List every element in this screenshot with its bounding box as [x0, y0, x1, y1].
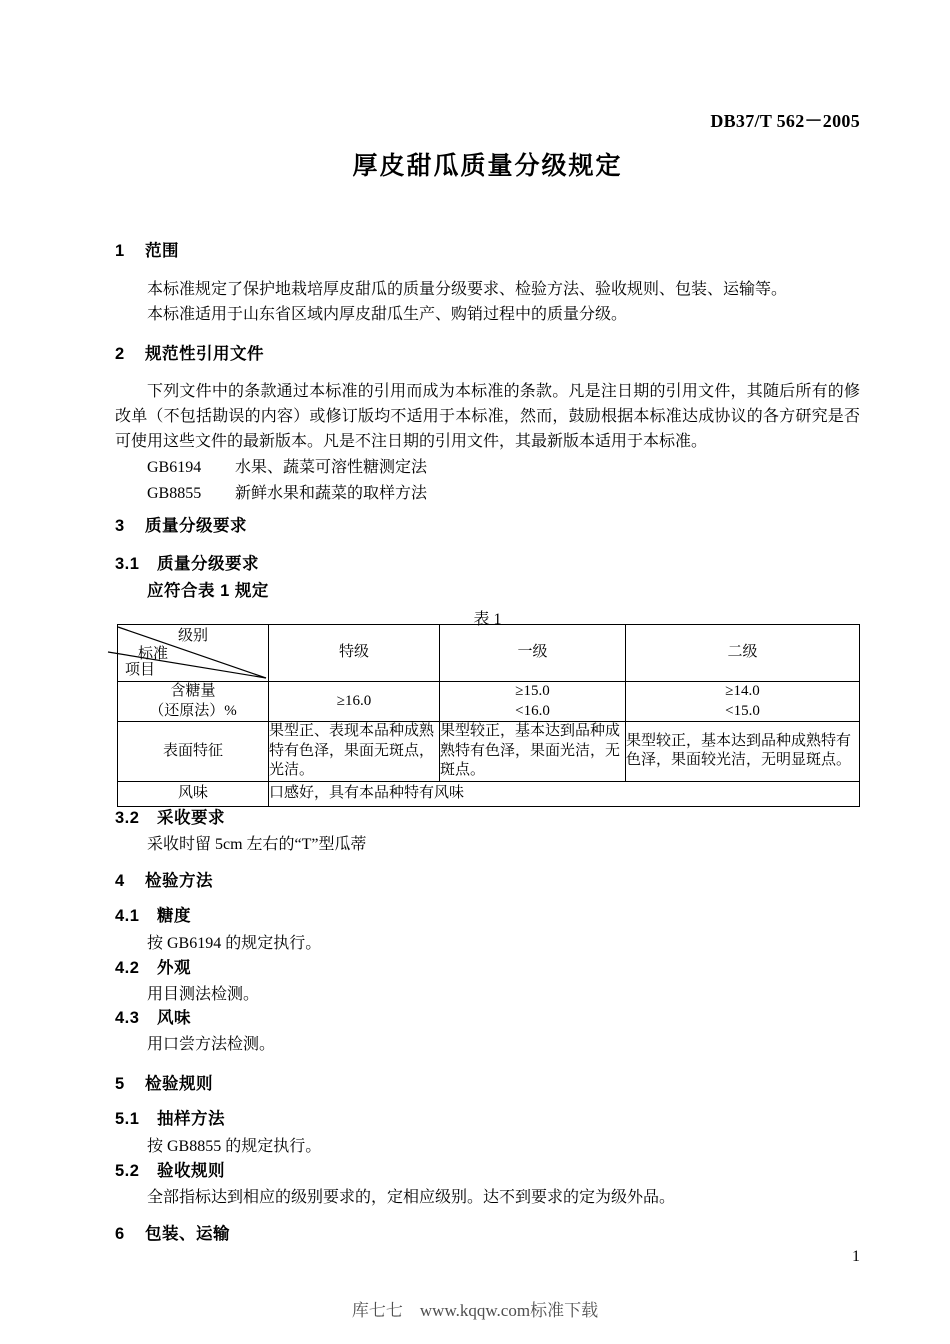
- value-line: ≥15.0: [440, 682, 625, 702]
- section-title: 质量分级要求: [145, 517, 247, 535]
- section-number: 4: [115, 870, 145, 892]
- section-4-2-body: 用目测法检测。: [115, 982, 860, 1007]
- section-3-heading: 3质量分级要求: [115, 515, 860, 537]
- section-title: 包装、运输: [145, 1225, 230, 1243]
- section-number: 3.1: [115, 553, 157, 575]
- section-number: 2: [115, 343, 145, 365]
- section-number: 3: [115, 515, 145, 537]
- paragraph: 用目测法检测。: [115, 982, 860, 1007]
- row-label-flavor: 风味: [118, 781, 269, 806]
- reference-code: GB8855: [147, 481, 235, 507]
- sugar-content-row: 含糖量 （还原法）% ≥16.0 ≥15.0 <16.0 ≥14.0 <15.0: [118, 682, 860, 722]
- flavor-row: 风味 口感好，具有本品种特有风味: [118, 781, 860, 806]
- value-line: <15.0: [626, 702, 859, 722]
- section-5-2-body: 全部指标达到相应的级别要求的，定相应级别。达不到要求的定为级外品。: [115, 1185, 860, 1210]
- section-title: 质量分级要求: [157, 555, 259, 573]
- section-number: 1: [115, 240, 145, 262]
- paragraph: 下列文件中的条款通过本标准的引用而成为本标准的条款。凡是注日期的引用文件，其随后…: [115, 379, 860, 455]
- table-header-row: 级别 标准 项目 特级 一级 二级: [118, 625, 860, 682]
- section-2-heading: 2规范性引用文件: [115, 343, 860, 365]
- paragraph: 本标准适用于山东省区域内厚皮甜瓜生产、购销过程中的质量分级。: [115, 302, 860, 327]
- section-number: 4.3: [115, 1007, 157, 1029]
- section-2-body: 下列文件中的条款通过本标准的引用而成为本标准的条款。凡是注日期的引用文件，其随后…: [115, 379, 860, 455]
- section-title: 规范性引用文件: [145, 345, 264, 363]
- section-number: 5: [115, 1073, 145, 1095]
- section-4-heading: 4检验方法: [115, 870, 860, 892]
- surface-first-desc: 果型较正，基本达到品种成熟特有色泽，果面光洁，无斑点。: [440, 722, 626, 782]
- section-title: 风味: [157, 1009, 191, 1027]
- normative-references: GB6194水果、蔬菜可溶性糖测定法 GB8855新鲜水果和蔬菜的取样方法: [147, 455, 427, 506]
- corner-label-grade: 级别: [118, 627, 268, 647]
- reference-name: 新鲜水果和蔬菜的取样方法: [235, 485, 427, 502]
- section-number: 4.1: [115, 905, 157, 927]
- section-title: 抽样方法: [157, 1110, 225, 1128]
- paragraph: 采收时留 5cm 左右的“T”型瓜蒂: [115, 832, 860, 857]
- corner-label-item: 项目: [125, 661, 155, 681]
- reference-name: 水果、蔬菜可溶性糖测定法: [235, 459, 427, 476]
- section-number: 4.2: [115, 957, 157, 979]
- section-title: 检验规则: [145, 1075, 213, 1093]
- section-number: 6: [115, 1223, 145, 1245]
- table-requirement-note: 应符合表 1 规定: [147, 580, 269, 602]
- paragraph: 用口尝方法检测。: [115, 1032, 860, 1057]
- diagonal-corner-cell: 级别 标准 项目: [118, 625, 269, 682]
- paragraph: 按 GB8855 的规定执行。: [115, 1134, 860, 1159]
- sugar-special-value: ≥16.0: [269, 682, 440, 722]
- section-title: 外观: [157, 959, 191, 977]
- section-3-1-heading: 3.1质量分级要求: [115, 553, 860, 575]
- paragraph: 本标准规定了保护地栽培厚皮甜瓜的质量分级要求、检验方法、验收规则、包装、运输等。: [115, 277, 860, 302]
- grade-table: 级别 标准 项目 特级 一级 二级 含糖量 （还原法）% ≥16.0 ≥15.0…: [117, 624, 860, 807]
- standard-code: DB37/T 562－2005: [115, 107, 860, 133]
- surface-special-desc: 果型正、表现本品种成熟特有色泽，果面无斑点，光洁。: [269, 722, 440, 782]
- section-title: 验收规则: [157, 1162, 225, 1180]
- column-header-first: 一级: [440, 625, 626, 682]
- section-title: 范围: [145, 242, 179, 260]
- sugar-second-value: ≥14.0 <15.0: [626, 682, 860, 722]
- row-label-surface: 表面特征: [118, 722, 269, 782]
- section-1-heading: 1范围: [115, 240, 860, 262]
- section-title: 采收要求: [157, 809, 225, 827]
- section-3-2-heading: 3.2采收要求: [115, 807, 860, 829]
- surface-feature-row: 表面特征 果型正、表现本品种成熟特有色泽，果面无斑点，光洁。 果型较正，基本达到…: [118, 722, 860, 782]
- reference-item: GB6194水果、蔬菜可溶性糖测定法: [147, 455, 427, 481]
- page-number: 1: [115, 1248, 860, 1266]
- column-header-special: 特级: [269, 625, 440, 682]
- row-label-line: 含糖量: [118, 682, 268, 702]
- section-4-3-body: 用口尝方法检测。: [115, 1032, 860, 1057]
- section-title: 检验方法: [145, 872, 213, 890]
- reference-item: GB8855新鲜水果和蔬菜的取样方法: [147, 481, 427, 507]
- section-5-heading: 5检验规则: [115, 1073, 860, 1095]
- section-4-2-heading: 4.2外观: [115, 957, 860, 979]
- document-page: DB37/T 562－2005 厚皮甜瓜质量分级规定 1范围 本标准规定了保护地…: [0, 0, 950, 1344]
- surface-second-desc: 果型较正，基本达到品种成熟特有色泽，果面较光洁，无明显斑点。: [626, 722, 860, 782]
- section-5-1-body: 按 GB8855 的规定执行。: [115, 1134, 860, 1159]
- section-5-2-heading: 5.2验收规则: [115, 1160, 860, 1182]
- row-label-line: （还原法）%: [118, 702, 268, 722]
- section-4-1-heading: 4.1糖度: [115, 905, 860, 927]
- section-3-2-body: 采收时留 5cm 左右的“T”型瓜蒂: [115, 832, 860, 857]
- watermark-footer: 库七七 www.kqqw.com标准下载: [0, 1296, 950, 1321]
- section-4-1-body: 按 GB6194 的规定执行。: [115, 931, 860, 956]
- section-number: 5.1: [115, 1108, 157, 1130]
- section-4-3-heading: 4.3风味: [115, 1007, 860, 1029]
- section-number: 5.2: [115, 1160, 157, 1182]
- reference-code: GB6194: [147, 455, 235, 481]
- paragraph: 全部指标达到相应的级别要求的，定相应级别。达不到要求的定为级外品。: [115, 1185, 860, 1210]
- paragraph: 按 GB6194 的规定执行。: [115, 931, 860, 956]
- sugar-first-value: ≥15.0 <16.0: [440, 682, 626, 722]
- value-line: <16.0: [440, 702, 625, 722]
- section-5-1-heading: 5.1抽样方法: [115, 1108, 860, 1130]
- flavor-value: 口感好，具有本品种特有风味: [269, 781, 860, 806]
- section-6-heading: 6包装、运输: [115, 1223, 860, 1245]
- document-title: 厚皮甜瓜质量分级规定: [115, 146, 860, 182]
- row-label-sugar: 含糖量 （还原法）%: [118, 682, 269, 722]
- value-line: ≥14.0: [626, 682, 859, 702]
- section-number: 3.2: [115, 807, 157, 829]
- section-title: 糖度: [157, 907, 191, 925]
- section-1-body: 本标准规定了保护地栽培厚皮甜瓜的质量分级要求、检验方法、验收规则、包装、运输等。…: [115, 277, 860, 328]
- column-header-second: 二级: [626, 625, 860, 682]
